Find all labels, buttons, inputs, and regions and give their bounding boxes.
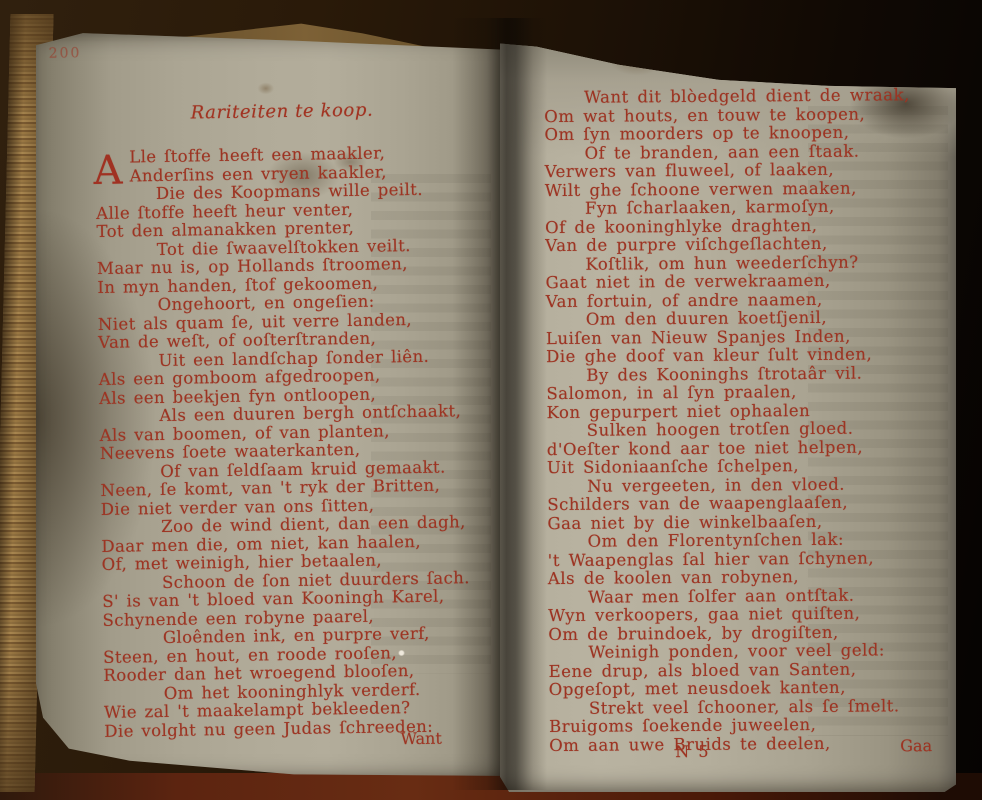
catchword-right: Gaa — [900, 736, 932, 755]
signature-mark: N 5 — [675, 742, 710, 761]
left-page: 200 Rariteiten te koop. ALle ſtoffe heef… — [36, 24, 505, 782]
right-page: 201 Want dit blòedgeld dient de wraak,Om… — [500, 36, 956, 792]
poem-line: Om aan uwe Bruids te deelen, — [503, 733, 959, 755]
left-poem: ALle ſtoffe heeft een maakler,Anderſins … — [33, 143, 511, 742]
book-photo: 200 Rariteiten te koop. ALle ſtoffe heef… — [0, 0, 982, 800]
page-number-left: 200 — [49, 45, 82, 62]
right-poem: Want dit blòedgeld dient de wraak,Om wat… — [498, 86, 959, 756]
poem-title: Rariteiten te koop. — [190, 98, 501, 124]
page-number-right: 201 — [901, 59, 932, 75]
catchword-left: Want — [400, 729, 442, 749]
